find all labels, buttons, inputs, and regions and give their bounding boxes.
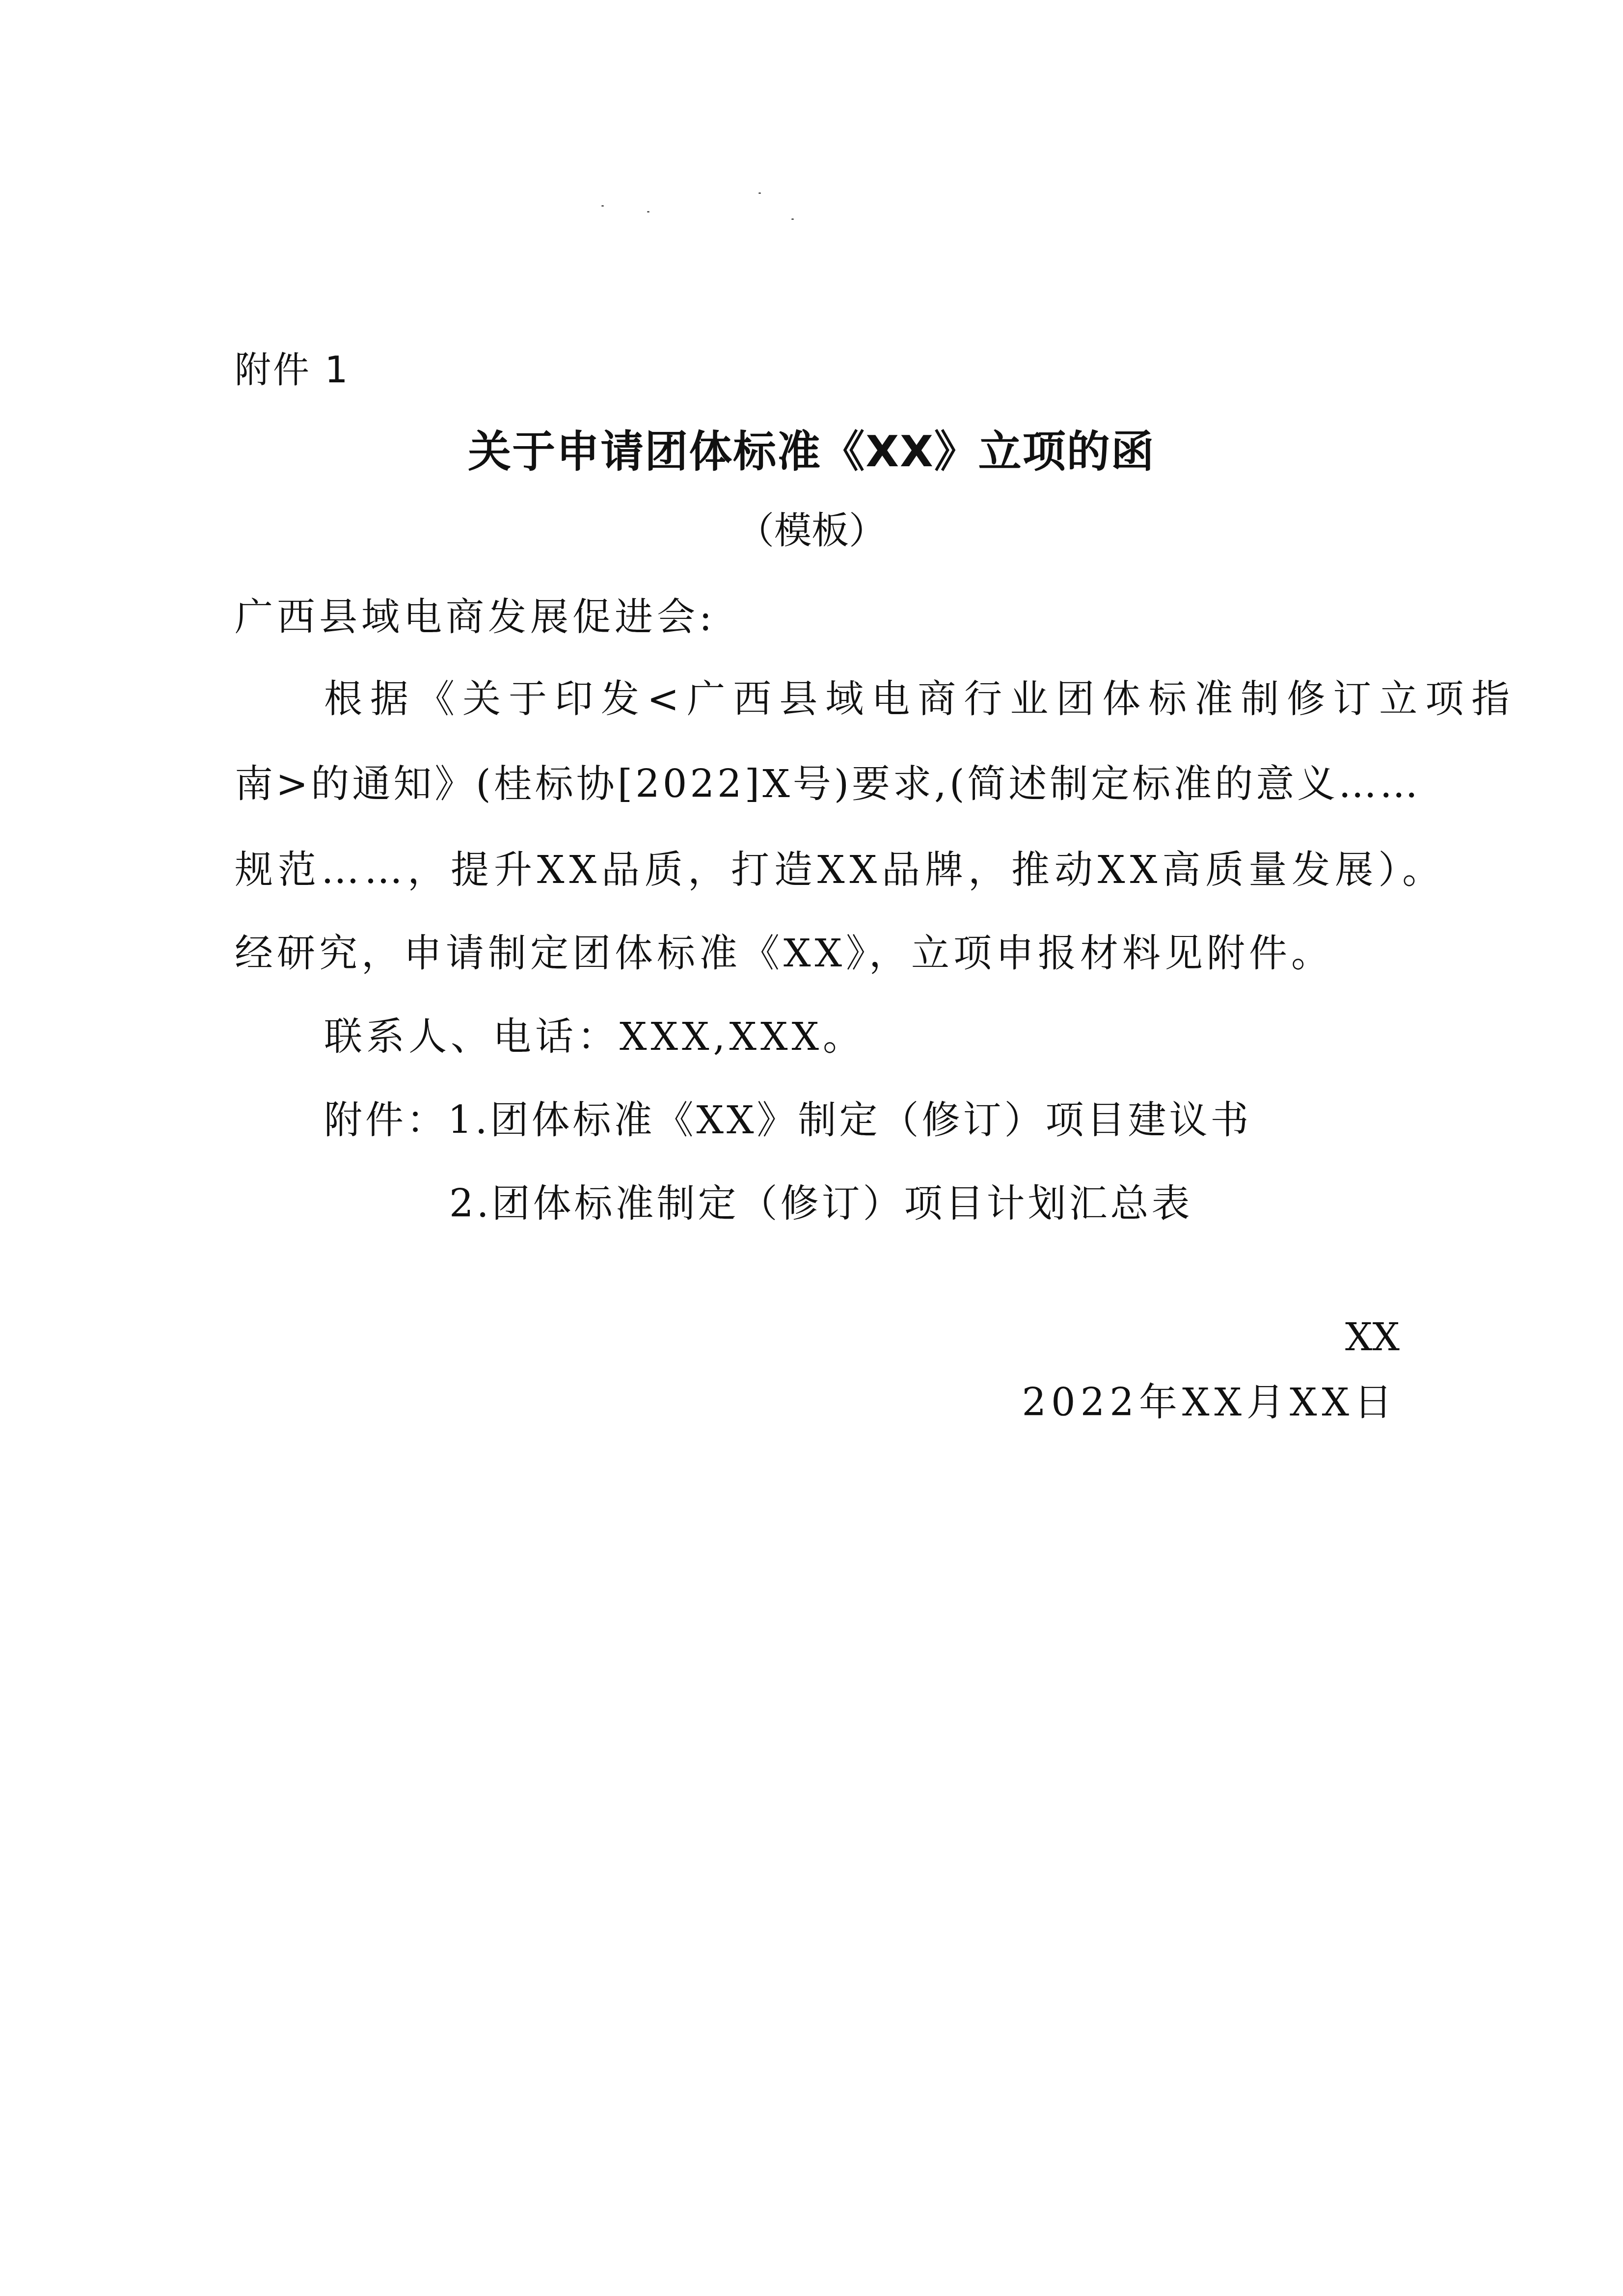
document-subtitle: （模板） [0,501,1623,554]
paragraph-line: 规范……，提升XX品质，打造XX品牌，推动XX高质量发展）。 [235,839,1445,894]
attachment-item: 2.团体标准制定（修订）项目计划汇总表 [449,1173,1192,1228]
signer-name: XX [1345,1315,1400,1360]
paragraph-line: 南>的通知》(桂标协[2022]X号)要求,(简述制定标准的意义…… [235,753,1421,808]
document-title: 关于申请团体标准《XX》立项的函 [0,417,1623,479]
scan-speck [647,211,649,213]
scan-speck [758,192,761,194]
scan-speck [601,205,604,207]
scan-speck [791,218,794,220]
salutation: 广西县域电商发展促进会: [235,587,716,641]
attachment-item: 附件：1.团体标准《XX》制定（修订）项目建议书 [324,1090,1251,1145]
paragraph-line: 根据《关于印发<广西县域电商行业团体标准制修订立项指 [324,668,1517,723]
signature-date: 2022年XX月XX日 [1022,1372,1397,1427]
contact-info: 联系人、电话：XXX,XXX。 [324,1006,865,1061]
paragraph-line: 经研究，申请制定团体标准《XX》，立项申报材料见附件。 [235,923,1333,978]
attachment-label: 附件 1 [235,341,350,393]
